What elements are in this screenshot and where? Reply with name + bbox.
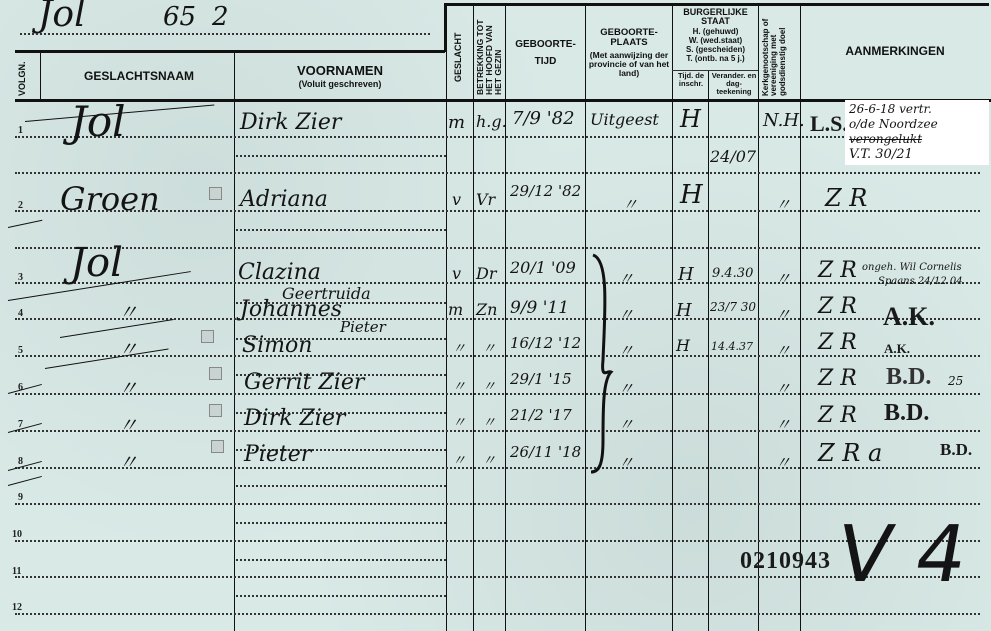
- header-kerkgenootschap: Kerkgenootschap of vereeniging met godsd…: [762, 6, 787, 96]
- row6-given: Gerrit Zier: [244, 370, 364, 395]
- row2-surname: Groen: [60, 180, 160, 218]
- header-voornamen-sub: (Voluit geschreven): [236, 80, 444, 89]
- row-number: 4: [18, 308, 23, 319]
- header-top-rule-right: [444, 3, 989, 6]
- header-dotted-line: [20, 33, 430, 35]
- strike-line: [8, 220, 42, 228]
- row7-birthplace: 〃: [618, 412, 634, 435]
- row5-sex: 〃: [452, 338, 466, 358]
- row7-stamp: B.D.: [884, 400, 929, 427]
- col-divider: [672, 3, 673, 631]
- row8-religion: 〃: [775, 450, 791, 473]
- row5-religion: 〃: [775, 338, 791, 361]
- row3-sex: v: [452, 264, 461, 283]
- row7-birthdate: 21/2 '17: [510, 406, 572, 424]
- header-voornamen: VOORNAMEN: [236, 64, 444, 78]
- header-geslacht: GESLACHT: [454, 33, 463, 83]
- note-line: V.T. 30/21: [849, 147, 913, 162]
- row4-civil-status: H: [676, 300, 692, 321]
- row1-birthplace: Uitgeest: [590, 110, 659, 129]
- strike-line: [60, 319, 174, 338]
- row6-surname-ditto: 〃: [118, 372, 138, 401]
- row-subrule: [236, 595, 446, 597]
- row-rule-12: [15, 613, 980, 615]
- row-rule-5: [15, 355, 980, 357]
- row3-religion: 〃: [775, 266, 791, 289]
- row6-stamp: B.D.: [886, 364, 931, 391]
- row2-given: Adriana: [240, 187, 328, 212]
- row-rule-10: [15, 540, 980, 542]
- check-box-icon: [211, 440, 224, 453]
- row7-religion: 〃: [775, 412, 791, 435]
- row1-remark-stamp: L.S.: [810, 111, 848, 137]
- check-box-icon: [209, 404, 222, 417]
- col-divider: [758, 3, 759, 631]
- row1-religion: N.H.: [763, 110, 805, 131]
- row-subrule: [236, 155, 446, 157]
- col-divider: [473, 3, 474, 631]
- row2-birthplace: 〃: [622, 192, 638, 215]
- col-divider: [505, 3, 506, 631]
- row-subrule: [236, 485, 446, 487]
- col-divider: [234, 52, 235, 631]
- row-number: 12: [12, 602, 22, 613]
- row5-birthdate: 16/12 '12: [510, 334, 581, 352]
- row7-surname-ditto: 〃: [118, 409, 138, 438]
- row2-remarks: Z R: [825, 184, 867, 212]
- header-number-handwriting: 65: [163, 2, 196, 32]
- row5-surname-ditto: 〃: [118, 333, 138, 362]
- check-box-icon: [209, 367, 222, 380]
- row-rule: [15, 172, 980, 174]
- header-geslachtsnaam: GESLACHTSNAAM: [48, 70, 230, 83]
- row6-birthplace: 〃: [618, 376, 634, 399]
- row8-remarks: Z R a: [818, 439, 882, 467]
- row-number: 3: [18, 272, 23, 283]
- row-number: 10: [12, 529, 22, 540]
- strike-line: [45, 348, 169, 369]
- strike-line: [8, 476, 42, 486]
- row2-sex: v: [452, 190, 461, 209]
- row1-relation: h.g.: [476, 112, 507, 131]
- row1-note-pasted: 26-6-18 vertr. o/de Noordzee verongelukt…: [845, 100, 989, 165]
- row6-relation: 〃: [482, 376, 496, 396]
- header-volgn: VOLGN.: [18, 61, 27, 96]
- check-box-icon: [209, 187, 222, 200]
- corner-check-mark: V 4: [830, 510, 974, 600]
- row2-relation: Vr: [476, 190, 495, 209]
- row8-given: Pieter: [244, 442, 311, 467]
- row3-remarks: Z R: [818, 258, 857, 283]
- row2-religion: 〃: [775, 192, 791, 215]
- col-divider: [800, 3, 801, 631]
- note-line: verongelukt: [849, 132, 922, 146]
- row3-birthdate: 20/1 '09: [510, 258, 576, 277]
- row-number: 6: [18, 382, 23, 393]
- row4-sex: m: [448, 300, 463, 319]
- strike-line: [8, 461, 42, 471]
- row3-relation: Dr: [476, 264, 496, 283]
- row4-birthplace: 〃: [618, 302, 634, 325]
- header-geboorteplaats-sub: (Met aanwijzing der provincie of van het…: [588, 51, 670, 78]
- row3-civil-status: H: [678, 264, 694, 285]
- row8-relation: 〃: [482, 450, 496, 470]
- header-count-handwriting: 2: [212, 2, 229, 32]
- row1-sex: m: [448, 112, 465, 133]
- row-number: 1: [18, 125, 23, 136]
- row8-stamp: B.D.: [940, 440, 972, 460]
- row4-given-extra: Pieter: [340, 318, 386, 336]
- header-top-rule-left: [15, 50, 445, 53]
- col-divider: [708, 70, 709, 631]
- row-subrule: [236, 559, 446, 561]
- row1-birthdate: 7/9 '82: [512, 108, 575, 129]
- row-subrule: [236, 522, 446, 524]
- row5-given: Simon: [242, 333, 312, 358]
- row8-surname-ditto: 〃: [118, 446, 138, 475]
- row6-religion: 〃: [775, 376, 791, 399]
- row4-relation: Zn: [476, 300, 497, 319]
- note-line: o/de Noordzee: [849, 117, 938, 131]
- row1-given: Dirk Zier: [240, 110, 341, 135]
- row1-surname: Jol: [70, 97, 126, 146]
- family-brace-icon: [585, 250, 615, 480]
- header-bs-t: T. (ontb. na 5 j.): [673, 55, 758, 63]
- col-divider: [446, 3, 447, 631]
- row-number: 9: [18, 492, 23, 503]
- row-rule-8: [15, 467, 980, 469]
- row6-sex: 〃: [452, 376, 466, 396]
- row-rule: [15, 247, 980, 249]
- row4-stamp: A.K.: [883, 302, 935, 332]
- header-aanmerkingen: AANMERKINGEN: [800, 45, 990, 58]
- row3-note-2: Spaans 24/12 04: [878, 276, 963, 287]
- header-geboortetijd-2: TIJD: [506, 57, 585, 68]
- row5-civil-change: 14.4.37: [711, 340, 753, 353]
- row7-remarks: Z R: [818, 403, 857, 428]
- row2-civil-status: H: [680, 180, 703, 210]
- col-divider: [40, 52, 41, 100]
- row7-sex: 〃: [452, 412, 466, 432]
- header-surname-handwriting: Jol: [38, 0, 86, 35]
- header-geboortetijd: GEBOORTE-: [506, 40, 585, 51]
- row4-given: Johannes: [240, 297, 342, 322]
- row1-civil-status: H: [680, 105, 701, 133]
- header-bs-verander: Verander. en dag-teekening: [710, 72, 758, 96]
- row1-civil-change: 24/07: [710, 147, 756, 166]
- header-burgerlijke-staat: BURGERLIJKE STAAT: [673, 8, 758, 27]
- row3-civil-change: 9.4.30: [712, 266, 753, 281]
- row5-stamp: A.K.: [884, 341, 910, 357]
- row-rule-7: [15, 430, 980, 432]
- row3-birthplace: 〃: [618, 266, 634, 289]
- row5-birthplace: 〃: [618, 338, 634, 361]
- row4-surname-ditto: 〃: [118, 296, 138, 325]
- row5-relation: 〃: [482, 338, 496, 358]
- row-subrule: [236, 229, 446, 231]
- row6-extra: 25: [948, 374, 963, 388]
- registry-card: Jol 65 2 VOLGN. GESLACHTSNAAM VOORNAMEN …: [0, 0, 991, 631]
- header-geboorteplaats: GEBOORTE-PLAATS: [588, 28, 670, 48]
- row-number: 5: [18, 345, 23, 356]
- note-line: 26-6-18 vertr.: [849, 102, 932, 116]
- row-rule-9: [15, 503, 980, 505]
- row2-birthdate: 29/12 '82: [510, 182, 581, 200]
- row8-birthplace: 〃: [618, 450, 634, 473]
- check-box-icon: [201, 330, 214, 343]
- row3-surname: Jol: [70, 240, 123, 286]
- row6-birthdate: 29/1 '15: [510, 370, 572, 388]
- row6-remarks: Z R: [818, 366, 857, 391]
- row4-religion: 〃: [775, 302, 791, 325]
- row8-birthdate: 26/11 '18: [510, 443, 581, 461]
- row4-birthdate: 9/9 '11: [510, 298, 569, 318]
- row4-civil-change: 23/7 30: [710, 300, 756, 314]
- row5-remarks: Z R: [818, 330, 857, 355]
- row7-given: Dirk Zier: [244, 406, 345, 431]
- serial-number: 0210943: [740, 548, 831, 575]
- row-number: 2: [18, 200, 23, 211]
- row8-sex: 〃: [452, 450, 466, 470]
- row5-civil-status: H: [676, 336, 690, 355]
- row-number: 11: [12, 566, 21, 577]
- row3-note: ongeh. Wil Cornelis: [862, 262, 962, 273]
- row7-relation: 〃: [482, 412, 496, 432]
- header-betrekking: BETREKKING TOT HET HOOFD VAN HET GEZIN: [476, 9, 503, 95]
- header-bs-tijd: Tijd. de inschr.: [674, 72, 708, 88]
- row4-remarks: Z R: [818, 294, 857, 319]
- row3-given: Clazina: [238, 260, 321, 285]
- row-rule-6: [15, 393, 980, 395]
